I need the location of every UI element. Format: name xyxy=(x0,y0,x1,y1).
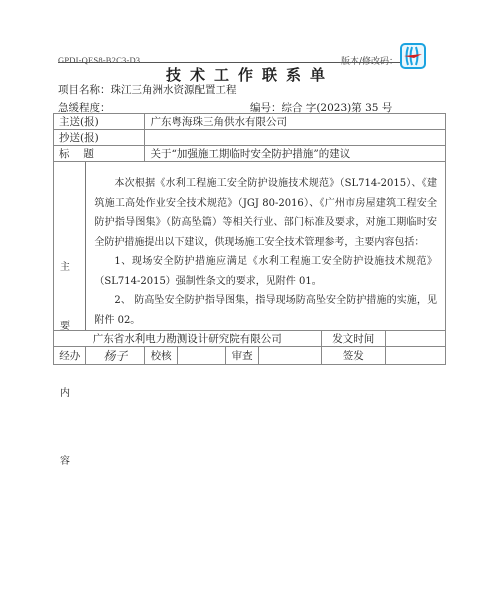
content-paragraph: 2、 防高坠安全防护指导图集，指导现场防高坠安全防护措施的实施，见附件 02。 xyxy=(94,291,437,330)
sign-label: 签发 xyxy=(321,347,385,365)
check-label: 校核 xyxy=(145,347,177,365)
issue-time-value[interactable] xyxy=(385,331,445,347)
issue-time-label: 发文时间 xyxy=(321,331,385,347)
content-body: 本次根据《水利工程施工安全防护设施技术规范》（SL714-2015）、《建筑施工… xyxy=(86,162,446,331)
table-row-cc: 抄送(报) xyxy=(54,130,446,146)
org-name: 广东省水利电力勘测设计研究院有限公司 xyxy=(54,331,322,347)
handler-label: 经办 xyxy=(54,347,86,365)
table-row-main-recipient: 主送(报) 广东粤海珠三角供水有限公司 xyxy=(54,114,446,130)
review-label: 审查 xyxy=(226,347,258,365)
cc-label: 抄送(报) xyxy=(54,130,145,146)
table-row-org: 广东省水利电力勘测设计研究院有限公司 发文时间 xyxy=(54,331,446,347)
side-char: 内 xyxy=(60,384,70,399)
table-row-content: 主 要 内 容 本次根据《水利工程施工安全防护设施技术规范》（SL714-201… xyxy=(54,162,446,331)
side-char: 要 xyxy=(60,317,70,332)
contact-form-table: 主送(报) 广东粤海珠三角供水有限公司 抄送(报) 标 题 关于“加强施工期临时… xyxy=(53,113,446,365)
header-divider xyxy=(58,62,403,63)
table-row-subject: 标 题 关于“加强施工期临时安全防护措施”的建议 xyxy=(54,146,446,162)
sign-value[interactable] xyxy=(385,347,445,365)
content-paragraph: 1、现场安全防护措施应满足《水利工程施工安全防护设施技术规范》（SL714-20… xyxy=(94,252,437,291)
handler-signature[interactable]: 杨子 xyxy=(86,347,145,365)
subject-label: 标 题 xyxy=(54,146,145,162)
side-char: 主 xyxy=(60,258,70,273)
subject-value[interactable]: 关于“加强施工期临时安全防护措施”的建议 xyxy=(145,146,446,162)
content-paragraph: 本次根据《水利工程施工安全防护设施技术规范》（SL714-2015）、《建筑施工… xyxy=(94,174,437,252)
table-row-signoff: 经办 杨子 校核 审查 签发 xyxy=(54,347,446,365)
cc-value[interactable] xyxy=(145,130,446,146)
check-value[interactable] xyxy=(177,347,226,365)
content-side-label: 主 要 内 容 xyxy=(54,162,86,331)
main-recipient-value[interactable]: 广东粤海珠三角供水有限公司 xyxy=(145,114,446,130)
main-recipient-label: 主送(报) xyxy=(54,114,145,130)
review-value[interactable] xyxy=(258,347,321,365)
project-name: 项目名称：珠江三角洲水资源配置工程 xyxy=(58,82,237,97)
side-char: 容 xyxy=(60,452,70,467)
